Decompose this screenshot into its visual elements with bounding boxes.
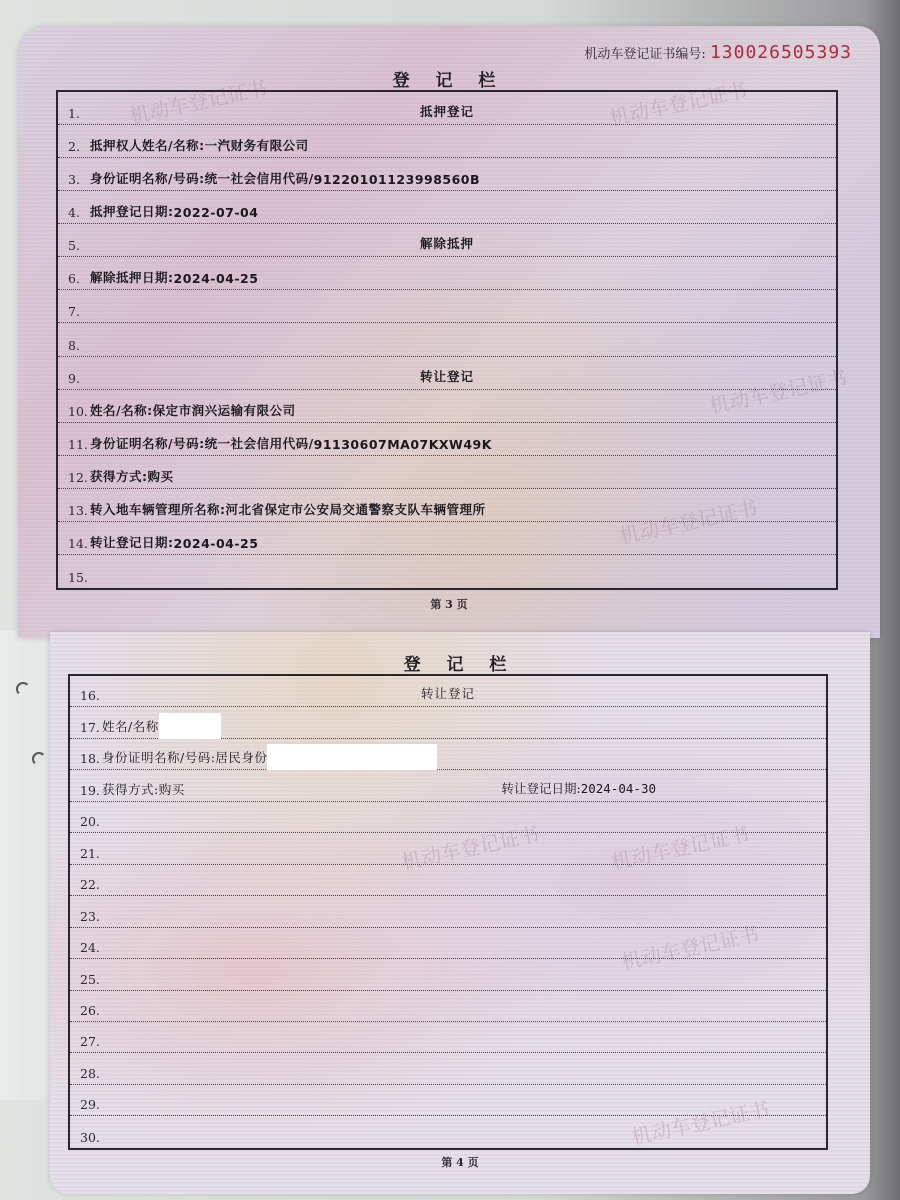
row-number: 28. — [80, 1066, 102, 1081]
row-number: 12. — [68, 470, 90, 485]
table-row: 16.转让登记 — [70, 676, 826, 707]
table-row: 24. — [70, 928, 826, 959]
transfer-date-value: 2024-04-30 — [581, 781, 656, 796]
table-row: 8. — [58, 323, 836, 356]
row-number: 14. — [68, 536, 90, 551]
table-row: 22. — [70, 865, 826, 896]
table-row: 15. — [58, 555, 836, 588]
table-row: 6.解除抵押日期:2024-04-25 — [58, 257, 836, 290]
row-number: 17. — [80, 720, 102, 735]
section-heading: 解除抵押 — [58, 234, 836, 252]
row-number: 22. — [80, 877, 102, 892]
row-number: 4. — [68, 205, 90, 220]
registration-table-page-4: 16.转让登记17.姓名/名称18.身份证明名称/号码:居民身份19.获得方式:… — [68, 674, 828, 1150]
row-code: 2024-04-25 — [174, 271, 259, 286]
certificate-number-label: 机动车登记证书编号: — [584, 47, 705, 62]
row-number: 25. — [80, 972, 102, 987]
table-row: 27. — [70, 1022, 826, 1053]
row-number: 15. — [68, 570, 90, 585]
table-row: 19.获得方式:购买转让登记日期:2024-04-30 — [70, 770, 826, 801]
table-row: 11.身份证明名称/号码:统一社会信用代码/91130607MA07KXW49K — [58, 423, 836, 456]
row-code: 2022-07-04 — [174, 205, 259, 220]
row-number: 11. — [68, 437, 90, 452]
table-row: 2.抵押权人姓名/名称:一汽财务有限公司 — [58, 125, 836, 158]
row-text: 转让登记日期: — [90, 533, 174, 551]
section-heading: 抵押登记 — [58, 102, 836, 120]
table-row: 9.转让登记 — [58, 357, 836, 390]
table-row: 20. — [70, 802, 826, 833]
row-number: 3. — [68, 172, 90, 187]
section-heading: 转让登记 — [58, 367, 836, 385]
section-heading: 转让登记 — [70, 684, 826, 702]
table-row: 18.身份证明名称/号码:居民身份 — [70, 739, 826, 770]
row-text: 转入地车辆管理所名称:河北省保定市公安局交通警察支队车辆管理所 — [90, 500, 486, 518]
row-text: 姓名/名称:保定市润兴运输有限公司 — [90, 401, 296, 419]
row-text: 身份证明名称/号码:统一社会信用代码/ — [90, 434, 314, 452]
row-number: 19. — [80, 783, 102, 798]
table-row: 12.获得方式:购买 — [58, 456, 836, 489]
page-title: 登 记 栏 — [18, 66, 880, 91]
table-row: 10.姓名/名称:保定市润兴运输有限公司 — [58, 390, 836, 423]
row-number: 13. — [68, 503, 90, 518]
row-number: 2. — [68, 139, 90, 154]
row-number: 7. — [68, 304, 90, 319]
row-code: 91130607MA07KXW49K — [314, 437, 492, 452]
binder-hole — [32, 752, 46, 766]
transfer-date-field: 转让登记日期:2024-04-30 — [502, 779, 656, 797]
row-number: 21. — [80, 846, 102, 861]
redaction-box — [159, 713, 221, 739]
table-row: 26. — [70, 991, 826, 1022]
page-number: 第 4 页 — [50, 1154, 870, 1170]
table-row: 14.转让登记日期:2024-04-25 — [58, 522, 836, 555]
row-code: 91220101123998560B — [314, 172, 480, 187]
row-text: 获得方式:购买 — [90, 467, 174, 485]
redaction-box — [267, 744, 437, 770]
certificate-number: 机动车登记证书编号: 130026505393 — [584, 42, 852, 63]
document-photo: 机动车登记证书 机动车登记证书 机动车登记证书 机动车登记证书 机动车登记证书编… — [0, 0, 900, 1200]
row-number: 27. — [80, 1034, 102, 1049]
row-number: 24. — [80, 940, 102, 955]
table-row: 5.解除抵押 — [58, 224, 836, 257]
row-number: 18. — [80, 751, 102, 766]
page-number: 第 3 页 — [18, 596, 880, 612]
table-row: 13.转入地车辆管理所名称:河北省保定市公安局交通警察支队车辆管理所 — [58, 489, 836, 522]
table-row: 1.抵押登记 — [58, 92, 836, 125]
table-row: 29. — [70, 1085, 826, 1116]
row-number: 30. — [80, 1130, 102, 1145]
row-text: 身份证明名称/号码:居民身份 — [102, 748, 267, 766]
table-row: 7. — [58, 290, 836, 323]
binder-hole — [16, 682, 30, 696]
row-number: 10. — [68, 404, 90, 419]
registration-table-page-3: 1.抵押登记2.抵押权人姓名/名称:一汽财务有限公司3.身份证明名称/号码:统一… — [56, 90, 838, 590]
table-row: 30. — [70, 1116, 826, 1147]
certificate-number-value: 130026505393 — [710, 42, 852, 63]
table-row: 3.身份证明名称/号码:统一社会信用代码/91220101123998560B — [58, 158, 836, 191]
row-text: 姓名/名称 — [102, 717, 159, 735]
row-text: 抵押权人姓名/名称:一汽财务有限公司 — [90, 136, 309, 154]
row-text: 解除抵押日期: — [90, 268, 174, 286]
page-4: 机动车登记证书 机动车登记证书 机动车登记证书 机动车登记证书 登 记 栏 16… — [50, 632, 870, 1194]
row-text: 获得方式:购买 — [102, 780, 185, 798]
row-text: 抵押登记日期: — [90, 202, 174, 220]
row-number: 20. — [80, 814, 102, 829]
table-row: 4.抵押登记日期:2022-07-04 — [58, 191, 836, 224]
table-row: 23. — [70, 896, 826, 927]
table-row: 21. — [70, 833, 826, 864]
row-number: 8. — [68, 338, 90, 353]
table-row: 25. — [70, 959, 826, 990]
table-row: 28. — [70, 1053, 826, 1084]
page-3: 机动车登记证书 机动车登记证书 机动车登记证书 机动车登记证书 机动车登记证书编… — [18, 26, 880, 638]
row-number: 23. — [80, 909, 102, 924]
row-number: 26. — [80, 1003, 102, 1018]
table-row: 17.姓名/名称 — [70, 707, 826, 738]
row-code: 2024-04-25 — [174, 536, 259, 551]
page-title: 登 记 栏 — [50, 650, 870, 675]
transfer-date-label: 转让登记日期: — [502, 781, 581, 796]
row-text: 身份证明名称/号码:统一社会信用代码/ — [90, 169, 314, 187]
row-number: 6. — [68, 271, 90, 286]
row-number: 29. — [80, 1097, 102, 1112]
